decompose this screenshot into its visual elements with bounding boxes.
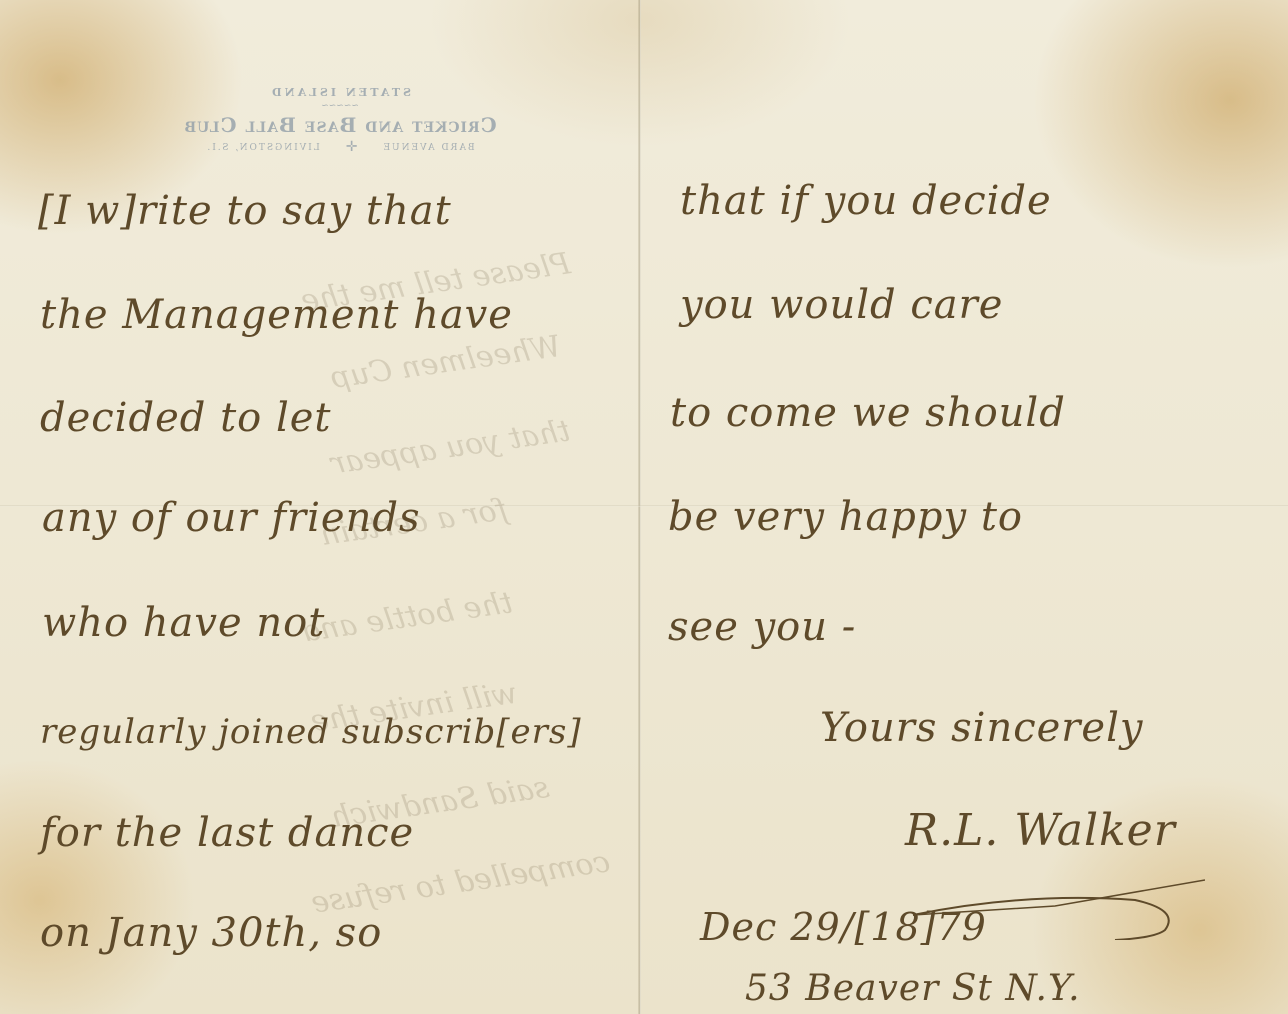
letter-line: for the last dance — [40, 810, 414, 856]
letter-line: any of our friends — [42, 495, 421, 541]
letter-line: who have not — [42, 600, 325, 646]
letter-line: be very happy to — [668, 494, 1023, 540]
letter-line: [I w]rite to say that — [38, 188, 452, 234]
letterhead-location: STATEN ISLAND — [120, 86, 560, 99]
letter-line: regularly joined subscrib[ers] — [40, 712, 582, 752]
closing: Yours sincerely — [820, 705, 1143, 751]
letter-line: decided to let — [40, 395, 331, 441]
letter-line: the Management have — [40, 292, 513, 338]
cross-icon: ✛ — [344, 143, 358, 153]
letter-line: see you - — [668, 604, 856, 650]
letter-line: on Jany 30th, so — [40, 910, 382, 956]
letterhead: STATEN ISLAND ~~~~~ Cricket and Base Bal… — [120, 86, 560, 153]
signature: R.L. Walker — [905, 805, 1176, 856]
letterhead-address-left: BARD AVENUE — [381, 143, 474, 153]
letter-line: you would care — [680, 282, 1003, 328]
sender-address: 53 Beaver St N.Y. — [745, 968, 1081, 1009]
letter-date: Dec 29/[18]79 — [700, 905, 987, 949]
letter-line: that if you decide — [680, 178, 1052, 224]
letterhead-address: BARD AVENUE ✛ LIVINGSTON, S.I. — [120, 143, 560, 153]
letterhead-ornament: ~~~~~ — [120, 101, 560, 111]
letter-line: to come we should — [670, 390, 1066, 436]
vertical-fold-line — [638, 0, 641, 1014]
letterhead-address-right: LIVINGSTON, S.I. — [205, 143, 319, 153]
letterhead-club-name: Cricket and Base Ball Club — [120, 113, 560, 137]
